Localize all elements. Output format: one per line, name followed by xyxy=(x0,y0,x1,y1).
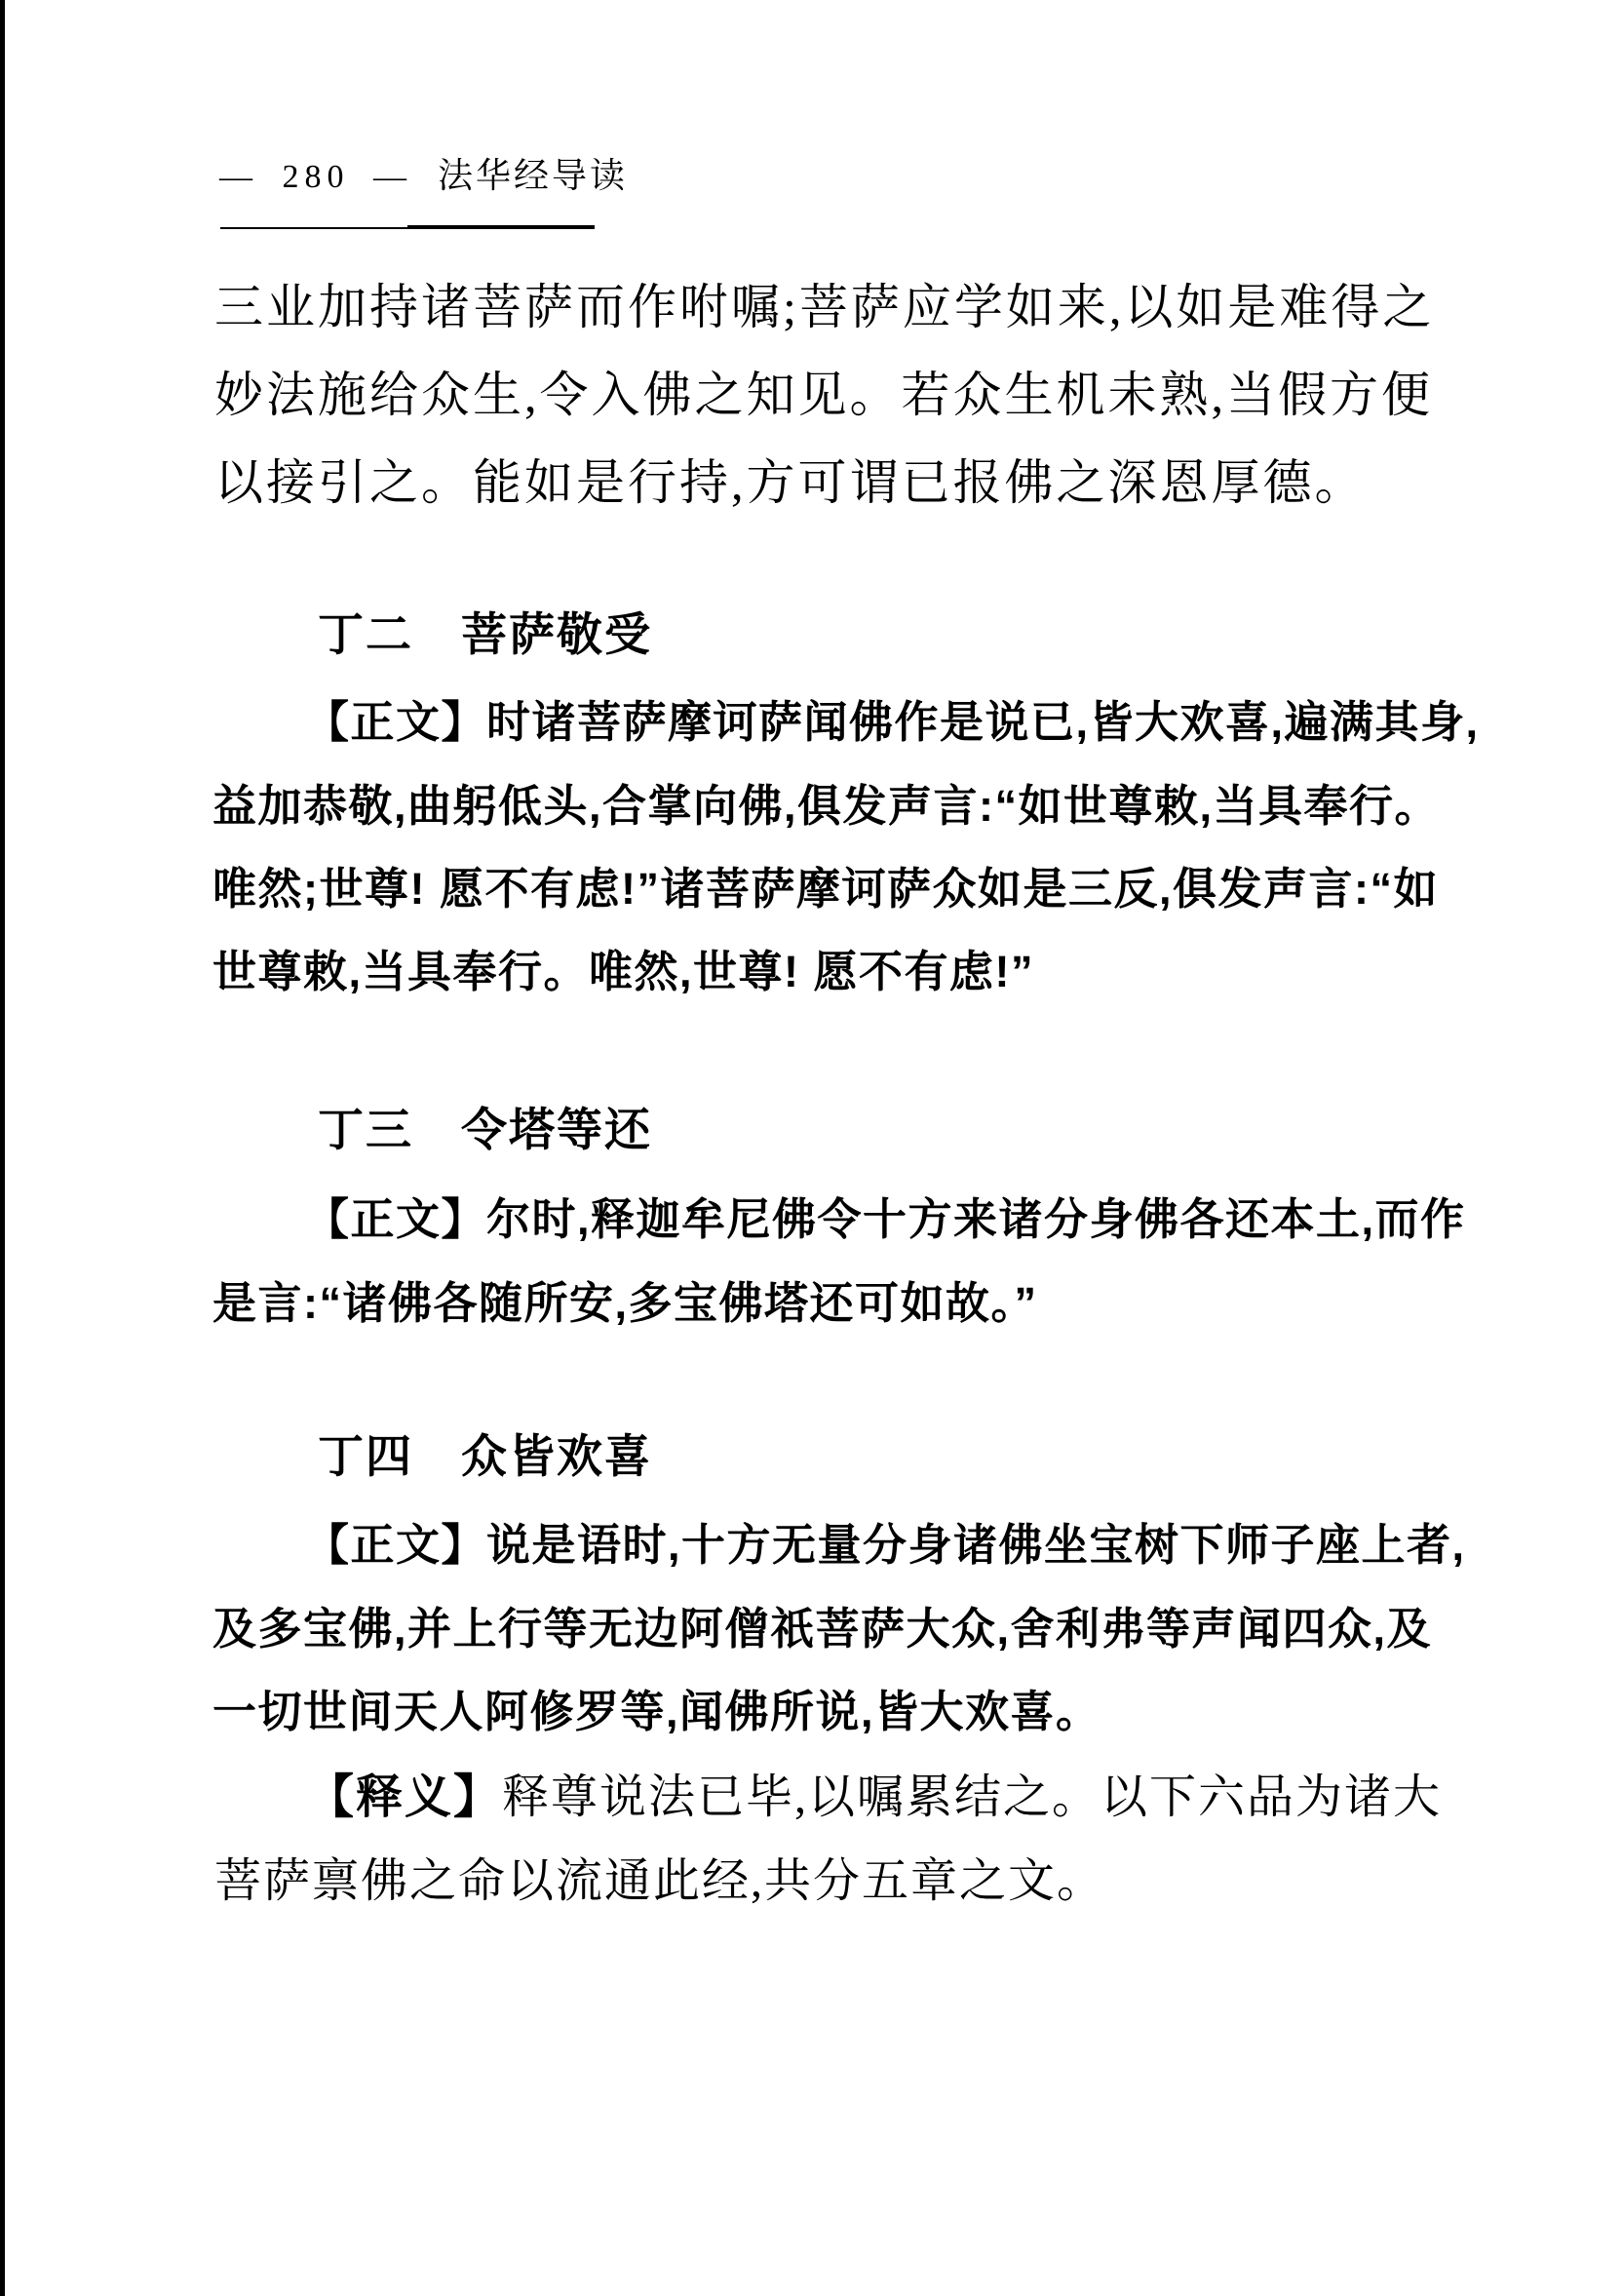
intro-paragraph: 三业加持诸菩萨而作咐嘱;菩萨应学如来,以如是难得之 妙法施给众生,令入佛之知见。… xyxy=(214,263,1434,526)
zhengwen-text: 尔时,释迦牟尼佛令十方来诸分身佛各还本土,而作 xyxy=(486,1194,1466,1244)
zhengwen-paragraph-ding4: 【正文】说是语时,十方无量分身诸佛坐宝树下师子座上者, 及多宝佛,并上行等无边阿… xyxy=(212,1503,1466,1753)
zhengwen-line: 唯然;世尊! 愿不有虑!”诸菩萨摩诃萨众如是三反,俱发声言:“如 xyxy=(212,847,1480,930)
zhengwen-line: 及多宝佛,并上行等无边阿僧祇菩萨大众,舍利弗等声闻四众,及 xyxy=(212,1587,1466,1670)
zhengwen-line: 是言:“诸佛各随所安,多宝佛塔还可如故。” xyxy=(212,1262,1466,1344)
page-number: — 280 — xyxy=(219,159,412,196)
zhengwen-label: 【正文】 xyxy=(305,1195,486,1244)
intro-line: 以接引之。能如是行持,方可谓已报佛之深恩厚德。 xyxy=(214,439,1434,526)
section-heading-ding4: 丁四 众皆欢喜 xyxy=(318,1430,652,1485)
intro-line: 妙法施给众生,令入佛之知见。若众生机未熟,当假方便 xyxy=(214,351,1434,439)
book-title: 法华经导读 xyxy=(438,148,628,198)
zhengwen-line: 【正文】说是语时,十方无量分身诸佛坐宝树下师子座上者, xyxy=(212,1503,1466,1587)
zhengwen-line: 一切世间天人阿修罗等,闻佛所说,皆大欢喜。 xyxy=(212,1670,1466,1753)
shiyi-line: 菩萨禀佛之命以流通此经,共分五章之文。 xyxy=(214,1840,1442,1924)
zhengwen-label: 【正文】 xyxy=(305,1521,486,1570)
zhengwen-line: 【正文】时诸菩萨摩诃萨闻佛作是说已,皆大欢喜,遍满其身, xyxy=(212,681,1480,764)
scan-edge-artifact xyxy=(0,0,5,2296)
zhengwen-label: 【正文】 xyxy=(305,698,486,747)
zhengwen-text: 说是语时,十方无量分身诸佛坐宝树下师子座上者, xyxy=(486,1520,1466,1570)
zhengwen-line: 世尊敕,当具奉行。唯然,世尊! 愿不有虑!” xyxy=(212,930,1480,1013)
zhengwen-line: 益加恭敬,曲躬低头,合掌向佛,俱发声言:“如世尊敕,当具奉行。 xyxy=(212,764,1480,847)
book-page: { "header": { "page_number_display": "— … xyxy=(0,0,1622,2296)
shiyi-label: 【释义】 xyxy=(307,1771,502,1823)
shiyi-paragraph: 【释义】释尊说法已毕,以嘱累结之。以下六品为诸大 菩萨禀佛之命以流通此经,共分五… xyxy=(214,1756,1442,1924)
header-rule-thick-segment xyxy=(407,225,595,229)
page-header: — 280 — 法华经导读 xyxy=(219,148,628,198)
shiyi-text: 释尊说法已毕,以嘱累结之。以下六品为诸大 xyxy=(502,1771,1442,1823)
section-heading-ding3: 丁三 令塔等还 xyxy=(318,1104,652,1158)
zhengwen-paragraph-ding2: 【正文】时诸菩萨摩诃萨闻佛作是说已,皆大欢喜,遍满其身, 益加恭敬,曲躬低头,合… xyxy=(212,681,1480,1013)
intro-line: 三业加持诸菩萨而作咐嘱;菩萨应学如来,以如是难得之 xyxy=(214,263,1434,351)
zhengwen-text: 时诸菩萨摩诃萨闻佛作是说已,皆大欢喜,遍满其身, xyxy=(486,697,1480,747)
zhengwen-paragraph-ding3: 【正文】尔时,释迦牟尼佛令十方来诸分身佛各还本土,而作 是言:“诸佛各随所安,多… xyxy=(212,1178,1466,1344)
section-heading-ding2: 丁二 菩萨敬受 xyxy=(318,608,652,663)
zhengwen-line: 【正文】尔时,释迦牟尼佛令十方来诸分身佛各还本土,而作 xyxy=(212,1178,1466,1262)
shiyi-line: 【释义】释尊说法已毕,以嘱累结之。以下六品为诸大 xyxy=(214,1756,1442,1840)
